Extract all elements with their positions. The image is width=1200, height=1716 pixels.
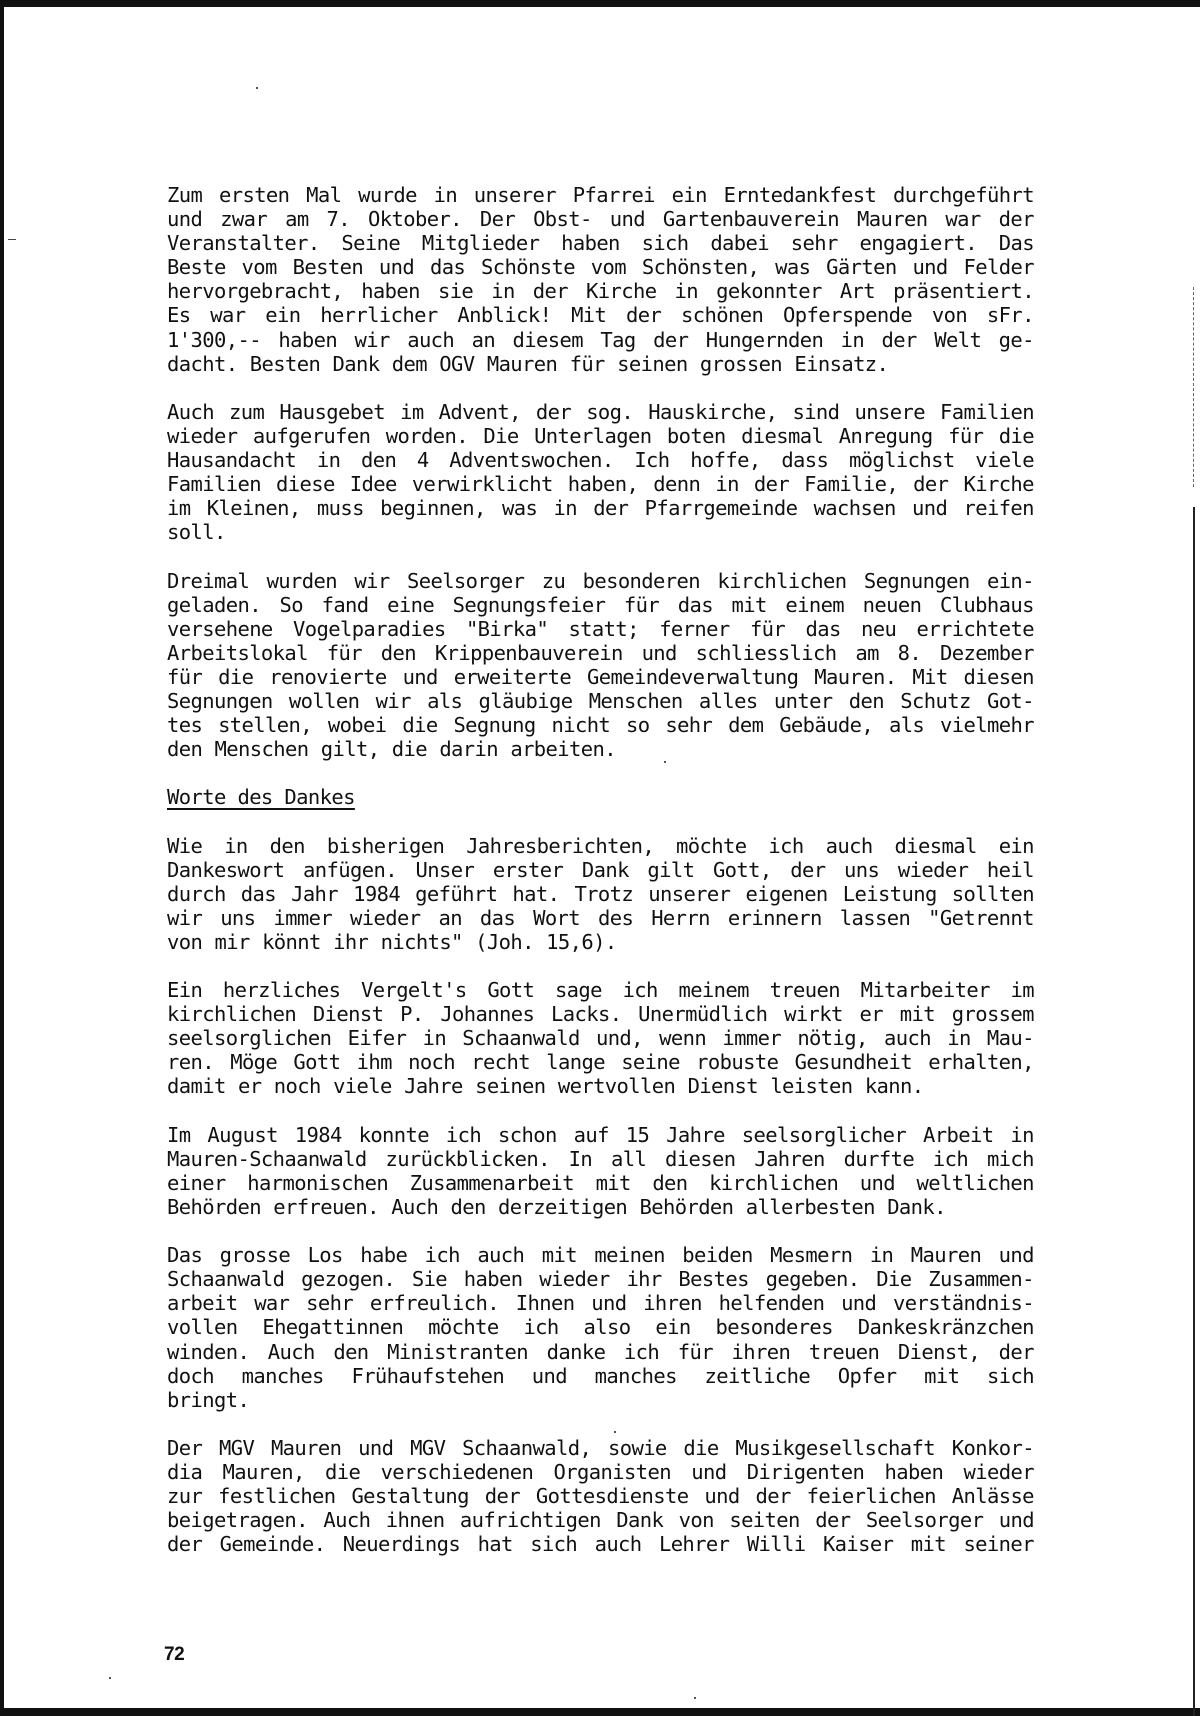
- text-line: vollenEhegattinnenmöchteichalsoeinbesond…: [167, 1315, 1034, 1339]
- text-line: soll.: [167, 520, 1034, 544]
- scan-speck: [694, 1697, 696, 1699]
- paragraph: AuchzumHausgebetimAdvent,dersog.Hauskirc…: [167, 400, 1034, 545]
- text-line: wirunsimmerwiederandasWortdesHerrnerinne…: [167, 906, 1034, 930]
- text-line: tesstellen,wobeidieSegnungnichtsosehrdem…: [167, 713, 1034, 737]
- text-line: ImAugust1984konnteichschonauf15Jahreseel…: [167, 1123, 1034, 1147]
- paragraph-gap: [167, 809, 1034, 833]
- paragraph-gap: [167, 1219, 1034, 1243]
- text-line: fürdierenovierteunderweiterteGemeindever…: [167, 665, 1034, 689]
- text-line: Veranstalter.SeineMitgliederhabensichdab…: [167, 231, 1034, 255]
- text-line: winden.AuchdenMinistrantendankeichfürihr…: [167, 1340, 1034, 1364]
- text-line: durchdasJahr1984geführthat.Trotzunserere…: [167, 882, 1034, 906]
- text-line: einerharmonischenZusammenarbeitmitdenkir…: [167, 1171, 1034, 1195]
- text-line: 1'300,--habenwirauchandiesemTagderHunger…: [167, 328, 1034, 352]
- text-line: Hausandachtinden4Adventswochen.Ichhoffe,…: [167, 448, 1034, 472]
- text-line: DreimalwurdenwirSeelsorgerzubesonderenki…: [167, 569, 1034, 593]
- text-line: beigetragen.AuchihnenaufrichtigenDankvon…: [167, 1508, 1034, 1532]
- scanned-page: ZumerstenMalwurdeinunsererPfarreieinErnt…: [0, 0, 1200, 1716]
- paragraph-gap: [167, 954, 1034, 978]
- paragraph: EinherzlichesVergelt'sGottsageichmeinemt…: [167, 978, 1034, 1098]
- text-line: diaMauren,dieverschiedenenOrganistenundD…: [167, 1460, 1034, 1484]
- text-line: ArbeitslokalfürdenKrippenbauvereinundsch…: [167, 641, 1034, 665]
- paragraph: DasgrosseLoshabeichauchmitmeinenbeidenMe…: [167, 1243, 1034, 1412]
- text-line: DasgrosseLoshabeichauchmitmeinenbeidenMe…: [167, 1243, 1034, 1267]
- text-line: seelsorglichenEiferinSchaanwaldund,wenni…: [167, 1026, 1034, 1050]
- text-line: arbeitwarsehrerfreulich.Ihnenundihrenhel…: [167, 1291, 1034, 1315]
- paragraph: ImAugust1984konnteichschonauf15Jahreseel…: [167, 1123, 1034, 1219]
- text-line: Schaanwaldgezogen.SiehabenwiederihrBeste…: [167, 1267, 1034, 1291]
- scan-edge-mark: [8, 239, 16, 240]
- text-line: kirchlichenDienstP.JohannesLacks.Unermüd…: [167, 1002, 1034, 1026]
- text-line: DerMGVMaurenundMGVSchaanwald,sowiedieMus…: [167, 1436, 1034, 1460]
- text-line: vonmirkönntihrnichts"(Joh.15,6).: [167, 930, 1034, 954]
- text-line: damiternochvieleJahreseinenwertvollenDie…: [167, 1074, 1034, 1098]
- text-line: WieindenbisherigenJahresberichten,möchte…: [167, 834, 1034, 858]
- text-line: undzwaram7.Oktober.DerObst-undGartenbauv…: [167, 207, 1034, 231]
- document-body: ZumerstenMalwurdeinunsererPfarreieinErnt…: [167, 183, 1034, 1556]
- text-line: denMenschengilt,diedarinarbeiten.: [167, 737, 1034, 761]
- text-line: Worte des Dankes: [167, 785, 1034, 809]
- paragraph: DerMGVMaurenundMGVSchaanwald,sowiedieMus…: [167, 1436, 1034, 1556]
- text-line: wiederaufgerufenworden.DieUnterlagenbote…: [167, 424, 1034, 448]
- page-right-edge: [1193, 507, 1195, 1716]
- text-line: EswareinherrlicherAnblick!MitderschönenO…: [167, 303, 1034, 327]
- text-line: imKleinen,mussbeginnen,wasinderPfarrgeme…: [167, 496, 1034, 520]
- paragraph-gap: [167, 1412, 1034, 1436]
- text-line: verseheneVogelparadies"Birka"statt;ferne…: [167, 617, 1034, 641]
- text-line: ZumerstenMalwurdeinunsererPfarreieinErnt…: [167, 183, 1034, 207]
- text-line: zurfestlichenGestaltungderGottesdiensteu…: [167, 1484, 1034, 1508]
- paragraph-gap: [167, 376, 1034, 400]
- page-number: 72: [164, 1644, 184, 1666]
- text-line: SegnungenwollenwiralsgläubigeMenschenall…: [167, 689, 1034, 713]
- text-line: Behördenerfreuen.AuchdenderzeitigenBehör…: [167, 1195, 1034, 1219]
- scan-edge-mark: [1192, 287, 1194, 487]
- text-line: hervorgebracht,habensieinderKircheingeko…: [167, 279, 1034, 303]
- paragraph-gap: [167, 1099, 1034, 1123]
- section-heading: Worte des Dankes: [167, 785, 1034, 809]
- text-line: BestevomBestenunddasSchönstevomSchönsten…: [167, 255, 1034, 279]
- text-line: dochmanchesFrühaufstehenundmancheszeitli…: [167, 1364, 1034, 1388]
- paragraph-gap: [167, 761, 1034, 785]
- paragraph: DreimalwurdenwirSeelsorgerzubesonderenki…: [167, 569, 1034, 762]
- text-line: AuchzumHausgebetimAdvent,dersog.Hauskirc…: [167, 400, 1034, 424]
- text-line: geladen.SofandeineSegnungsfeierfürdasmit…: [167, 593, 1034, 617]
- text-line: Mauren-Schaanwaldzurückblicken.Inalldies…: [167, 1147, 1034, 1171]
- heading-text: Worte des Dankes: [167, 785, 355, 809]
- text-line: bringt.: [167, 1388, 1034, 1412]
- text-line: Dankeswortanfügen.UnserersterDankgiltGot…: [167, 858, 1034, 882]
- paragraph: WieindenbisherigenJahresberichten,möchte…: [167, 834, 1034, 954]
- text-line: EinherzlichesVergelt'sGottsageichmeinemt…: [167, 978, 1034, 1002]
- paragraph-gap: [167, 544, 1034, 568]
- scan-speck: [256, 87, 258, 89]
- paragraph: ZumerstenMalwurdeinunsererPfarreieinErnt…: [167, 183, 1034, 376]
- scan-speck: [109, 1677, 111, 1679]
- text-line: FamiliendieseIdeeverwirklichthaben,denni…: [167, 472, 1034, 496]
- text-line: derGemeinde.NeuerdingshatsichauchLehrerW…: [167, 1532, 1034, 1556]
- text-line: dacht.BestenDankdemOGVMaurenfürseinengro…: [167, 352, 1034, 376]
- text-line: ren.MögeGottihmnochrechtlangeseinerobust…: [167, 1050, 1034, 1074]
